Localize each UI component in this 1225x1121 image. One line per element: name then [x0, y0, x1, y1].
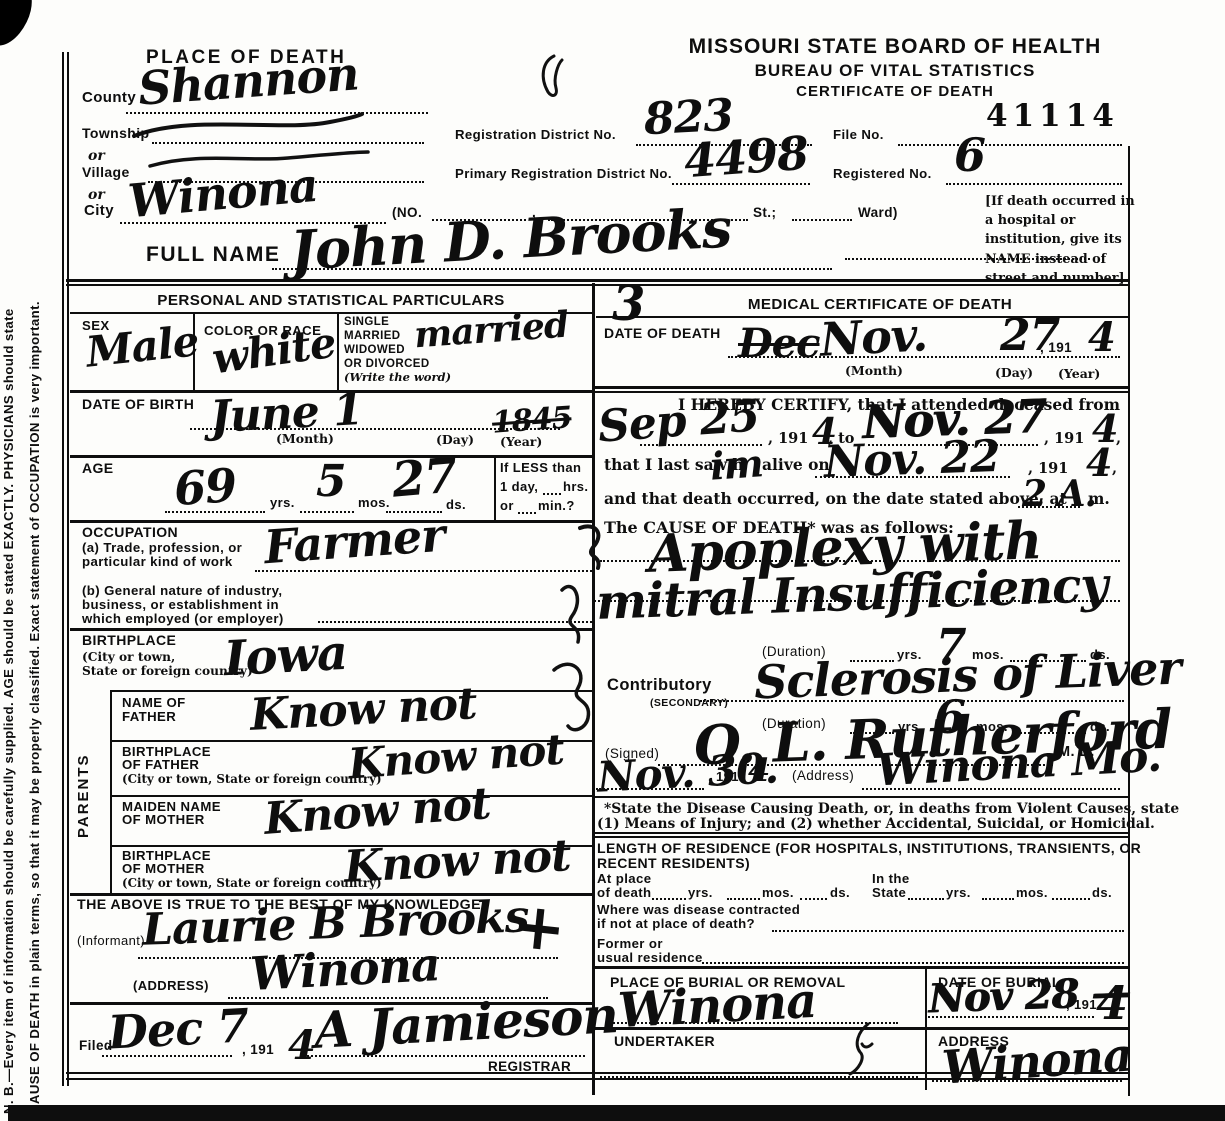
informant-address-label: (ADDRESS)	[133, 979, 209, 994]
in-state-yrs-blank	[908, 898, 944, 900]
in-state-mos-blank	[982, 898, 1014, 900]
from-year-prefix: , 191	[768, 430, 808, 447]
less-or-label: or	[500, 499, 514, 514]
less-min-blank	[518, 512, 536, 514]
footnote-bottom-rule-1	[594, 832, 1130, 834]
marital-hint: (Write the word)	[344, 371, 451, 385]
in-state-mos-label: mos.	[1016, 886, 1048, 901]
township-blank	[152, 142, 424, 144]
contributory-value: Sclerosis of Liver	[753, 645, 1181, 706]
filed-year-prefix: , 191	[242, 1042, 274, 1057]
death-certificate-scan: N. B.—Every item of information should b…	[0, 0, 1225, 1121]
age-years-blank	[165, 511, 265, 513]
mother-birthplace-value: Know not	[343, 834, 571, 890]
him-insert: im	[709, 444, 764, 486]
file-no-label: File No.	[833, 128, 884, 143]
in-state-label2: State	[872, 886, 906, 901]
at-place-label2: of death	[597, 886, 651, 901]
date-of-death-year-digit: 4	[1088, 318, 1115, 358]
footnote-top-rule	[594, 796, 1130, 798]
ward-blank	[792, 219, 852, 221]
less-hrs-label: hrs.	[563, 480, 588, 495]
informant-address-value: Winona	[249, 941, 441, 997]
full-name-label: FULL NAME	[146, 243, 280, 267]
footnote-line2: (1) Means of Injury; and (2) whether Acc…	[597, 816, 1155, 833]
father-name-value: Know not	[249, 682, 477, 738]
bureau-title: BUREAU OF VITAL STATISTICS	[645, 61, 1145, 80]
pen-doodle	[534, 52, 568, 104]
scan-corner-blot	[0, 0, 41, 53]
sign-year-digit: 4	[748, 754, 769, 786]
sex-value: Male	[84, 320, 200, 374]
marital-option-single: SINGLE	[344, 316, 389, 329]
mother-birthplace-hint: (City or town, State or foreign country)	[122, 876, 382, 890]
ink-scribble-undertaker	[838, 1018, 880, 1080]
burial-year-digit: 4	[1096, 980, 1127, 1026]
registrar-blank	[300, 1055, 585, 1057]
dob-day-hint: (Day)	[436, 432, 474, 447]
father-birthplace-hint: (City or town, State or foreign country)	[122, 772, 382, 786]
header-separator-bottom	[66, 284, 1130, 286]
board-title: MISSOURI STATE BOARD OF HEALTH	[645, 35, 1145, 59]
registered-no-label: Registered No.	[833, 167, 932, 182]
color-cell-divider	[337, 314, 339, 390]
former-residence-label2: usual residence	[597, 951, 703, 966]
contracted-label2: if not at place of death?	[597, 917, 755, 932]
contributory-label: Contributory	[607, 676, 712, 694]
birthplace-hint1: (City or town,	[82, 650, 175, 665]
township-label: Township	[82, 126, 150, 142]
header-separator-top	[66, 279, 1130, 282]
less-than-line2: 1 day,	[500, 480, 538, 495]
filed-date-blank	[102, 1055, 232, 1057]
date-of-death-label: DATE OF DEATH	[604, 326, 721, 342]
dob-month-hint: (Month)	[276, 431, 334, 446]
in-state-ds-blank	[1052, 898, 1090, 900]
dod-year-hint: (Year)	[1058, 366, 1100, 381]
age-yrs-label: yrs.	[270, 496, 295, 511]
sign-address-label: (Address)	[792, 768, 854, 783]
registered-no-blank	[946, 183, 1122, 185]
residence-bottom-rule	[594, 966, 1130, 969]
occupation-label: OCCUPATION	[82, 525, 178, 541]
date-of-death-crossed: Dec	[738, 324, 820, 364]
full-name-blank	[272, 268, 832, 270]
occupation-a-blank	[255, 570, 592, 572]
full-name-blank-right	[845, 258, 1090, 260]
last-saw-blank	[815, 476, 1010, 478]
date-of-death-year-prefix: , 191	[1040, 340, 1072, 355]
primary-registration-label: Primary Registration District No.	[455, 167, 672, 182]
primary-registration-blank	[672, 183, 810, 185]
age-months-blank	[300, 511, 354, 513]
death-time-m-label: m.	[1088, 490, 1110, 509]
death-time-blank	[1018, 506, 1080, 508]
ink-swash-county	[130, 112, 366, 140]
less-min-label: min.?	[538, 499, 575, 514]
contracted-blank	[772, 930, 1124, 932]
mother-name-value: Know not	[263, 782, 492, 842]
less-than-line1: If LESS than	[500, 461, 581, 476]
village-label: Village	[82, 165, 130, 181]
dob-blank	[190, 428, 560, 430]
or-label-1: or	[88, 148, 105, 165]
undertaker-blank	[600, 1076, 918, 1078]
dob-label: DATE OF BIRTH	[82, 397, 194, 413]
at-place-yrs-blank	[652, 898, 686, 900]
scan-bottom-bar	[8, 1105, 1225, 1121]
to-comma: ,	[1116, 430, 1121, 447]
at-place-yrs-label: yrs.	[688, 886, 713, 901]
occupation-b-line3: which employed (or employer)	[82, 612, 284, 627]
certify-line3: and that death occurred, on the date sta…	[604, 490, 1067, 509]
father-birthplace-label2: OF FATHER	[122, 758, 199, 773]
age-label: AGE	[82, 461, 114, 477]
at-place-mos-blank	[727, 898, 760, 900]
registration-district-label: Registration District No.	[455, 128, 616, 143]
primary-registration-value: 4498	[683, 130, 810, 185]
dod-day-hint: (Day)	[995, 365, 1033, 380]
marital-value: married	[413, 307, 569, 354]
residence-title-line2: RECENT RESIDENTS)	[597, 856, 750, 872]
registered-no-value: 6	[954, 132, 985, 178]
less-hrs-blank	[543, 493, 561, 495]
mother-birthplace-label2: OF MOTHER	[122, 862, 205, 877]
occupation-a-value: Farmer	[263, 512, 446, 570]
filed-year-digit: 4	[288, 1026, 315, 1066]
marital-option-divorced: OR DIVORCED	[344, 358, 430, 371]
to-year-prefix: , 191	[1044, 430, 1084, 447]
at-place-ds-label: ds.	[830, 886, 850, 901]
filed-label: Filed	[79, 1038, 113, 1053]
in-state-ds-label: ds.	[1092, 886, 1112, 901]
birthplace-label: BIRTHPLACE	[82, 633, 176, 649]
less-box-divider	[494, 457, 496, 520]
marital-option-widowed: WIDOWED	[344, 344, 405, 357]
father-name-label2: FATHER	[122, 710, 176, 725]
city-label: City	[84, 203, 114, 220]
form-left-border-inner	[67, 52, 69, 1086]
former-residence-blank	[702, 962, 1124, 964]
ward-label: Ward)	[858, 205, 898, 220]
undertaker-label: UNDERTAKER	[614, 1034, 715, 1050]
county-label: County	[82, 90, 136, 107]
parents-cell-divider	[110, 690, 112, 893]
birthplace-value: Iowa	[223, 629, 348, 683]
dod-month-hint: (Month)	[845, 363, 903, 378]
margin-note-line1: N. B.—Every item of information should b…	[2, 64, 27, 1114]
mother-name-label2: OF MOTHER	[122, 813, 205, 828]
certify-line2b: alive on	[762, 456, 830, 475]
ink-scribble-divider	[544, 520, 614, 750]
county-value: Shannon	[137, 50, 360, 111]
form-right-border	[1128, 146, 1130, 1096]
age-months-value: 5	[316, 460, 346, 504]
street-label: St.;	[753, 205, 776, 220]
form-left-border-outer	[62, 52, 64, 1086]
sign-date-blank	[596, 788, 704, 790]
filed-date-value: Dec 7	[107, 1002, 249, 1055]
dod-double-rule-1	[594, 386, 1130, 389]
at-place-mos-label: mos.	[762, 886, 794, 901]
marital-option-married: MARRIED	[344, 330, 400, 343]
at-place-ds-blank	[800, 898, 827, 900]
age-mos-label: mos.	[358, 496, 390, 511]
dob-year-hint: (Year)	[500, 434, 542, 449]
age-years-value: 69	[172, 462, 237, 512]
date-of-death-blank	[728, 356, 1120, 358]
informant-label: (Informant)	[77, 934, 145, 949]
in-state-yrs-label: yrs.	[946, 886, 971, 901]
sign-address-value: Winona Mo.	[875, 735, 1162, 794]
margin-note-line2: CAUSE OF DEATH in plain terms, so that i…	[28, 64, 53, 1114]
occupation-a-line2: particular kind of work	[82, 555, 233, 570]
burial-year-prefix: , 191	[1066, 998, 1097, 1013]
age-ds-label: ds.	[446, 498, 466, 513]
city-value: Winona	[126, 162, 319, 224]
file-number-stamp: 41114	[986, 98, 1119, 135]
file-no-blank	[898, 144, 1122, 146]
full-name-value: John D. Brooks	[289, 200, 733, 277]
sign-address-blank	[862, 788, 1120, 790]
undertaker-address-blank	[932, 1080, 1122, 1082]
sign-year-prefix: , 191	[708, 770, 739, 785]
registrar-signature: A Jamieson	[313, 990, 619, 1056]
hospital-note: [If death occurred in a hospital or inst…	[985, 192, 1135, 288]
parents-label: PARENTS	[76, 712, 98, 880]
footnote-bottom-rule-2	[594, 836, 1130, 838]
last-saw-comma: ,	[1112, 460, 1117, 477]
dod-double-rule-2	[594, 391, 1130, 393]
father-birthplace-value: Know not	[347, 729, 565, 786]
burial-date-blank	[928, 1016, 1094, 1018]
